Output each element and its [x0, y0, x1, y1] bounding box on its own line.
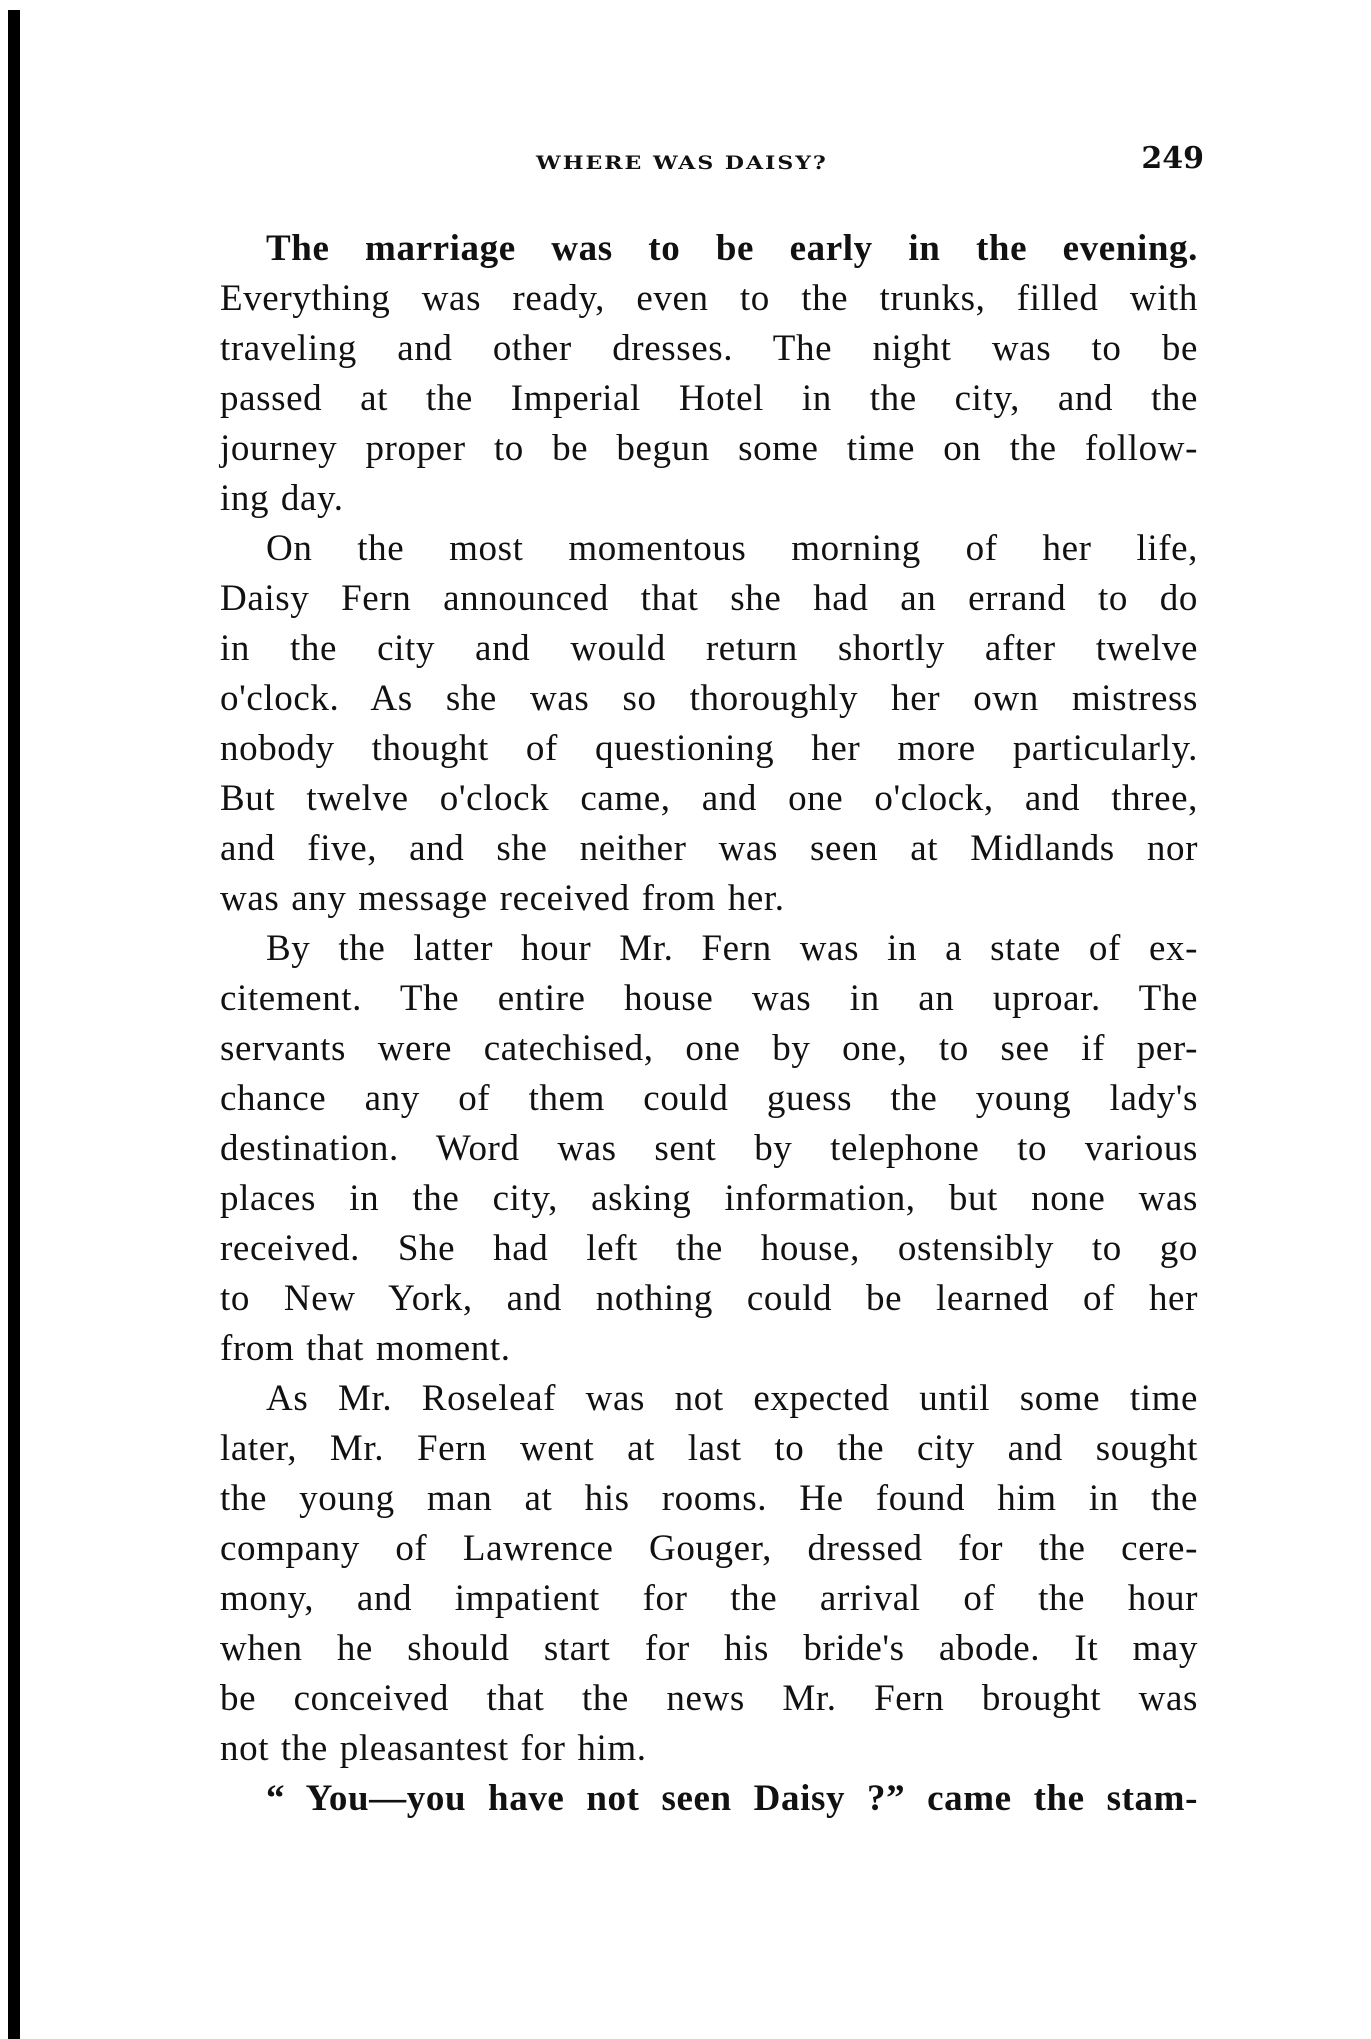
text-line: As Mr. Roseleaf was not expected until s…	[220, 1376, 1198, 1426]
text-line: places in the city, asking information, …	[220, 1176, 1198, 1226]
paragraph: The marriage was to be early in the even…	[220, 226, 1198, 526]
text-line: servants were catechised, one by one, to…	[220, 1026, 1198, 1076]
text-line: chance any of them could guess the young…	[220, 1076, 1198, 1126]
text-line: from that moment.	[220, 1326, 1198, 1376]
running-head: WHERE WAS DAISY? 249	[536, 146, 1204, 180]
text-line: Everything was ready, even to the trunks…	[220, 276, 1198, 326]
body-text: The marriage was to be early in the even…	[220, 226, 1198, 1826]
running-title: WHERE WAS DAISY?	[536, 151, 828, 177]
text-line: “ You—you have not seen Daisy ?” came th…	[220, 1776, 1198, 1826]
text-line: and five, and she neither was seen at Mi…	[220, 826, 1198, 876]
text-line: to New York, and nothing could be learne…	[220, 1276, 1198, 1326]
text-line: when he should start for his bride's abo…	[220, 1626, 1198, 1676]
paragraph: On the most momentous morning of her lif…	[220, 526, 1198, 926]
text-line: nobody thought of questioning her more p…	[220, 726, 1198, 776]
text-line: o'clock. As she was so thoroughly her ow…	[220, 676, 1198, 726]
text-line: ing day.	[220, 476, 1198, 526]
text-line: not the pleasantest for him.	[220, 1726, 1198, 1776]
text-line: in the city and would return shortly aft…	[220, 626, 1198, 676]
text-line: Daisy Fern announced that she had an err…	[220, 576, 1198, 626]
text-line: On the most momentous morning of her lif…	[220, 526, 1198, 576]
text-line: journey proper to be begun some time on …	[220, 426, 1198, 476]
text-line: passed at the Imperial Hotel in the city…	[220, 376, 1198, 426]
text-line: mony, and impatient for the arrival of t…	[220, 1576, 1198, 1626]
text-line: later, Mr. Fern went at last to the city…	[220, 1426, 1198, 1476]
text-line: The marriage was to be early in the even…	[220, 226, 1198, 276]
text-line: traveling and other dresses. The night w…	[220, 326, 1198, 376]
text-line: was any message received from her.	[220, 876, 1198, 926]
page-number: 249	[1141, 142, 1204, 176]
text-line: By the latter hour Mr. Fern was in a sta…	[220, 926, 1198, 976]
paragraph: “ You—you have not seen Daisy ?” came th…	[220, 1776, 1198, 1826]
paragraph: As Mr. Roseleaf was not expected until s…	[220, 1376, 1198, 1776]
scan-edge-shadow	[8, 10, 20, 2039]
text-line: be conceived that the news Mr. Fern brou…	[220, 1676, 1198, 1726]
text-line: received. She had left the house, ostens…	[220, 1226, 1198, 1276]
text-line: But twelve o'clock came, and one o'clock…	[220, 776, 1198, 826]
text-line: the young man at his rooms. He found him…	[220, 1476, 1198, 1526]
text-line: company of Lawrence Gouger, dressed for …	[220, 1526, 1198, 1576]
text-line: destination. Word was sent by telephone …	[220, 1126, 1198, 1176]
paragraph: By the latter hour Mr. Fern was in a sta…	[220, 926, 1198, 1376]
text-line: citement. The entire house was in an upr…	[220, 976, 1198, 1026]
